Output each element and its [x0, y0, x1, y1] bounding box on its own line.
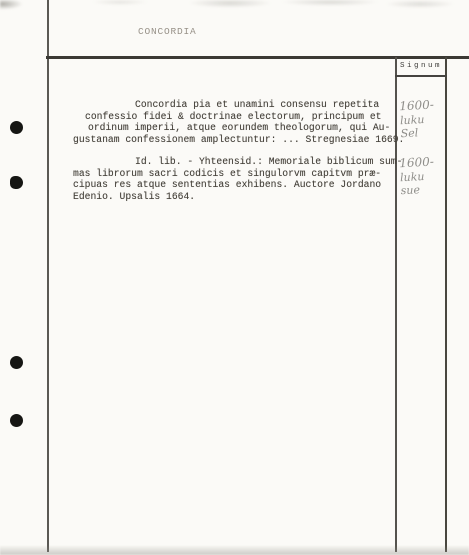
scan-noise-top	[0, 0, 469, 16]
catalog-entry-2: Id. lib. - Yhteensid.: Memoriale biblicu…	[73, 156, 418, 202]
signum-header-label: Signum	[395, 62, 447, 70]
entry-line: mas librorum sacri codicis et singulorvm…	[73, 168, 418, 180]
punch-hole-1	[10, 121, 23, 134]
signum-annotation-line: sue	[400, 182, 449, 198]
punch-hole-2	[10, 176, 23, 189]
signum-annotation-2: 1600- luku sue	[399, 155, 449, 198]
entry-line: ordinum imperii, atque eorundem theologo…	[88, 122, 418, 134]
signum-annotation-1: 1600- luku Sel	[399, 98, 449, 141]
signum-header-underline	[395, 75, 447, 77]
card-heading: CONCORDIA	[138, 26, 197, 37]
left-margin-rule	[47, 0, 49, 552]
entry-line: Id. lib. - Yhteensid.: Memoriale biblicu…	[135, 156, 418, 168]
entry-line: Concordia pia et unamini consensu repeti…	[135, 99, 418, 111]
entry-line: confessio fidei & doctrinae electorum, p…	[85, 111, 418, 123]
entry-line: cipuas res atque sententias exhibens. Au…	[73, 179, 418, 191]
header-rule	[46, 56, 469, 59]
punch-hole-4	[10, 414, 23, 427]
signum-annotation-line: Sel	[400, 125, 449, 141]
catalog-card: CONCORDIA Signum Concordia pia et unamin…	[0, 0, 469, 555]
punch-hole-3	[10, 356, 23, 369]
entry-line: gustanam confessionem amplectuntur: ... …	[73, 134, 418, 146]
entry-line: Edenio. Upsalis 1664.	[73, 191, 418, 203]
catalog-entry-1: Concordia pia et unamini consensu repeti…	[73, 99, 418, 145]
scan-noise-bottom	[0, 545, 469, 555]
